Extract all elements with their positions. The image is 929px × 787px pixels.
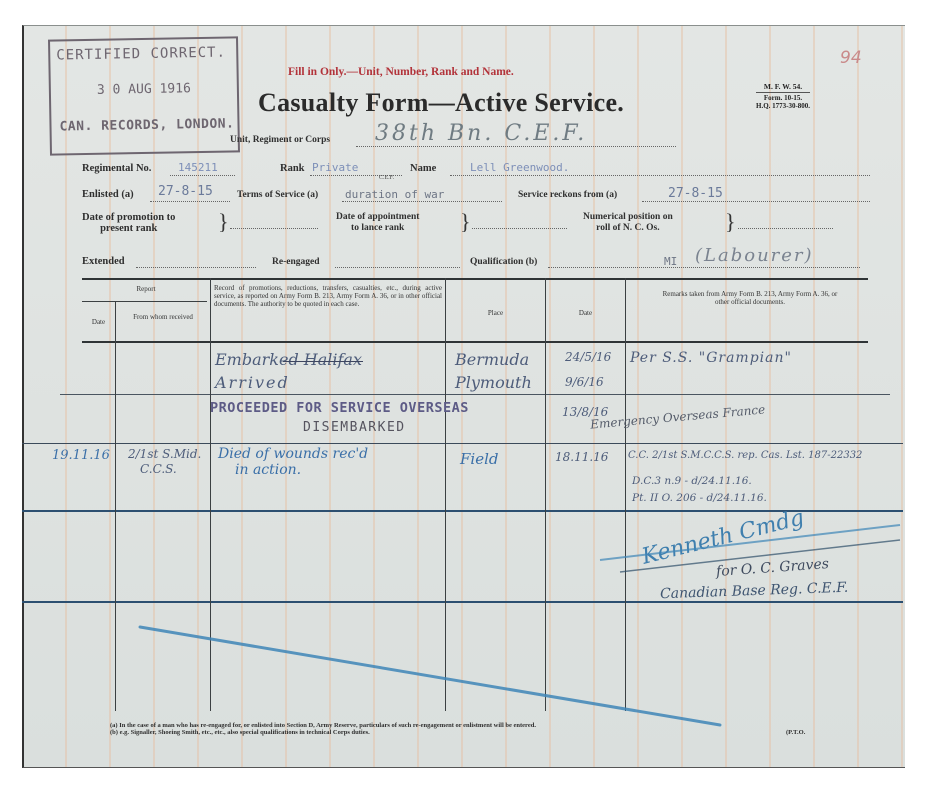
footnote-b: (b) e.g. Signaller, Shoeing Smith, etc.,…	[110, 729, 536, 736]
pto-note: (P.T.O.	[786, 729, 805, 736]
cancellation-strike-lines	[0, 0, 929, 787]
footnote-a: (a) In the case of a man who has re-enga…	[110, 722, 536, 729]
footnotes: (a) In the case of a man who has re-enga…	[110, 722, 536, 736]
